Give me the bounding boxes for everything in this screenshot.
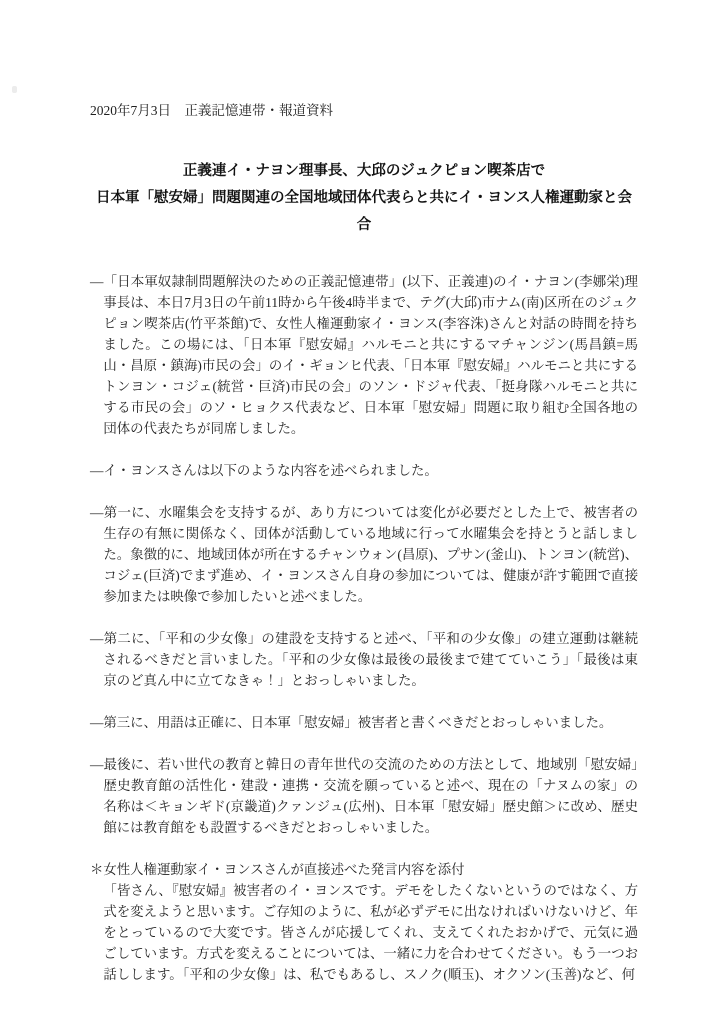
document-title: 正義連イ・ナヨン理事長、大邱のジュクピョン喫茶店で 日本軍「慰安婦」問題関連の全… (90, 158, 638, 239)
paragraph-point-1: ―第一に、水曜集会を支持するが、あり方については変化が必要だとした上で、被害者の… (90, 502, 638, 607)
paragraph-intro-statement: ―イ・ヨンスさんは以下のような内容を述べられました。 (90, 460, 638, 481)
paragraph-quoted-remarks: 「皆さん、『慰安婦』被害者のイ・ヨンスです。デモをしたくないというのではなく、方… (90, 880, 638, 985)
document-title-line-2: 日本軍「慰安婦」問題関連の全国地域団体代表らと共にイ・ヨンス人権運動家と会合 (90, 185, 638, 239)
paragraph-lead: ―「日本軍奴隷制問題解決のための正義記憶連帯」(以下、正義連)のイ・ナヨン(李娜… (90, 271, 638, 439)
document-content: 2020年7月3日 正義記憶連帯・報道資料 正義連イ・ナヨン理事長、大邱のジュク… (90, 100, 638, 1006)
paragraph-point-3: ―第三に、用語は正確に、日本軍「慰安婦」被害者と書くべきだとおっしゃいました。 (90, 712, 638, 733)
paragraph-point-2: ―第二に、「平和の少女像」の建設を支持すると述べ、「平和の少女像」の建立運動は継… (90, 628, 638, 691)
document-title-line-1: 正義連イ・ナヨン理事長、大邱のジュクピョン喫茶店で (90, 158, 638, 185)
paragraph-point-final: ―最後に、若い世代の教育と韓日の青年世代の交流のための方法として、地域別「慰安婦… (90, 754, 638, 838)
document-page: 2020年7月3日 正義記憶連帯・報道資料 正義連イ・ナヨン理事長、大邱のジュク… (0, 0, 724, 1024)
scan-speck (12, 86, 17, 93)
paragraph-attachment-note: ＊女性人権運動家イ・ヨンスさんが直接述べた発言内容を添付 (90, 859, 638, 880)
date-line: 2020年7月3日 正義記憶連帯・報道資料 (90, 100, 638, 121)
